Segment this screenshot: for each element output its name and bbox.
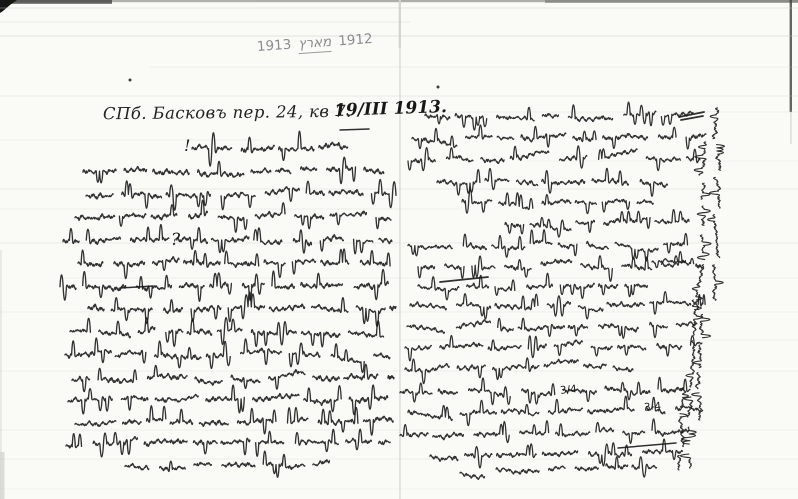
handwriting-right-margin-vertical [678, 108, 725, 470]
handwriting-right-page [400, 102, 706, 479]
scanned-letter-photo: СПб. Басковъ пер. 24, кв 7. 19/III 1913.… [0, 0, 798, 499]
question-mark-glyph: ? [171, 230, 180, 250]
scan-artwork-layer [0, 0, 798, 499]
scan-edge-artifacts [0, 0, 798, 499]
ink-dot [129, 79, 132, 82]
ink-marks [120, 79, 704, 449]
right-edge-photo-border [790, 0, 792, 112]
letter-date: 19/III 1913. [334, 99, 447, 120]
center-fold-line [399, 0, 401, 499]
pencil-year-1913: 1913 [257, 39, 292, 57]
fraction-three-quarters: 3/4 [559, 383, 577, 397]
ink-dot [437, 86, 440, 89]
underline-mark [340, 129, 369, 130]
pencil-month-word: מארץ [298, 36, 332, 54]
handwriting-left-page [60, 131, 396, 477]
ruled-lines [0, 8, 798, 489]
letter-address: СПб. Басковъ пер. 24, кв 7. [103, 104, 352, 123]
range-three-four: 3-4 [644, 400, 662, 413]
pencil-year-1912: 1912 [338, 33, 373, 51]
exclamation-mark-glyph: ! [184, 136, 190, 155]
